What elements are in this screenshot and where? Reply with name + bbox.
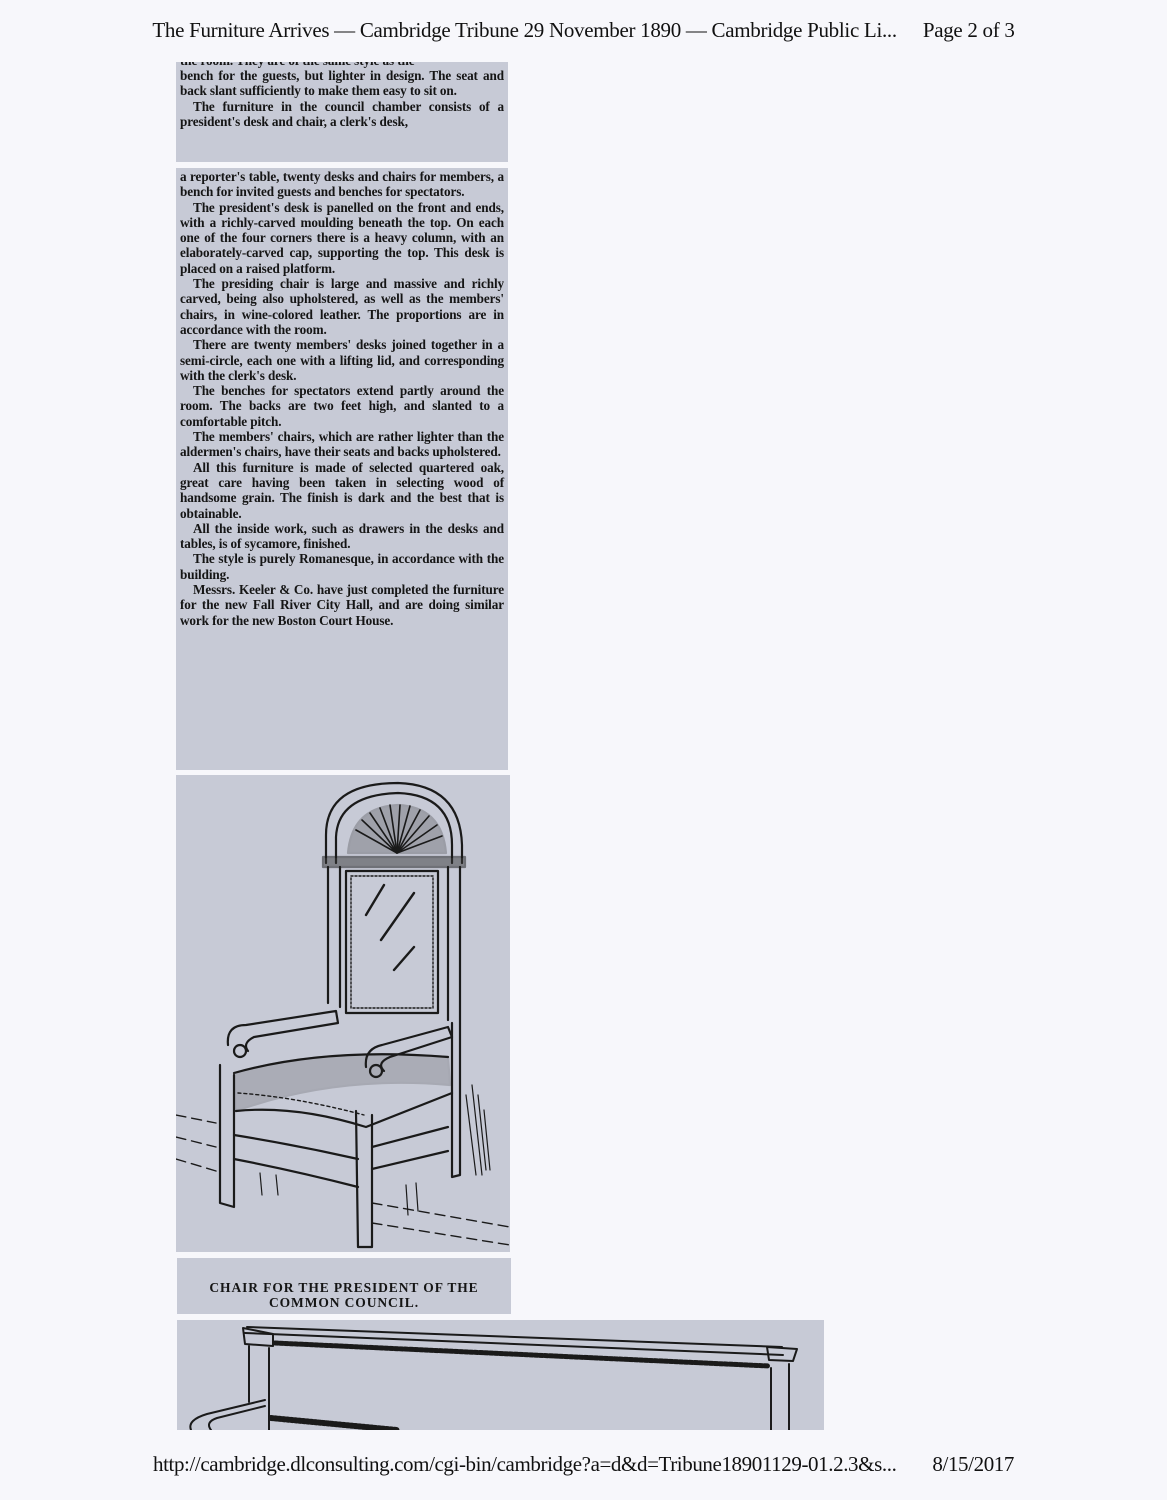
page-number: Page 2 of 3 — [923, 18, 1015, 42]
paragraph: The presiding chair is large and massive… — [180, 276, 504, 337]
print-header: The Furniture Arrives — Cambridge Tribun… — [0, 18, 1167, 43]
source-url: http://cambridge.dlconsulting.com/cgi-bi… — [153, 1452, 896, 1476]
document-title: The Furniture Arrives — Cambridge Tribun… — [152, 18, 896, 42]
article-clipping-part-2: a reporter's table, twenty desks and cha… — [176, 168, 508, 770]
print-date: 8/15/2017 — [932, 1452, 1014, 1476]
paragraph: Messrs. Keeler & Co. have just completed… — [180, 582, 504, 628]
paragraph: The president's desk is panelled on the … — [180, 200, 504, 276]
print-footer: http://cambridge.dlconsulting.com/cgi-bi… — [0, 1452, 1167, 1477]
article-clipping-part-1: the room. They are of the same style as … — [176, 62, 508, 162]
paragraph: All the inside work, such as drawers in … — [180, 521, 504, 552]
paragraph: The benches for spectators extend partly… — [180, 383, 504, 429]
bench-drawing — [177, 1320, 824, 1430]
chair-caption-box: CHAIR FOR THE PRESIDENT OF THE COMMON CO… — [177, 1258, 511, 1314]
chair-drawing — [176, 775, 510, 1252]
paragraph: There are twenty members' desks joined t… — [180, 337, 504, 383]
bench-illustration — [177, 1320, 824, 1430]
figure-caption: CHAIR FOR THE PRESIDENT OF THE COMMON CO… — [177, 1280, 511, 1310]
paragraph: a reporter's table, twenty desks and cha… — [180, 169, 504, 200]
paragraph: All this furniture is made of selected q… — [180, 460, 504, 521]
paragraph: bench for the guests, but lighter in des… — [180, 68, 504, 99]
paragraph: The style is purely Romanesque, in accor… — [180, 551, 504, 582]
chair-illustration — [176, 775, 510, 1252]
paragraph: The furniture in the council chamber con… — [180, 99, 504, 130]
paragraph: The members' chairs, which are rather li… — [180, 429, 504, 460]
